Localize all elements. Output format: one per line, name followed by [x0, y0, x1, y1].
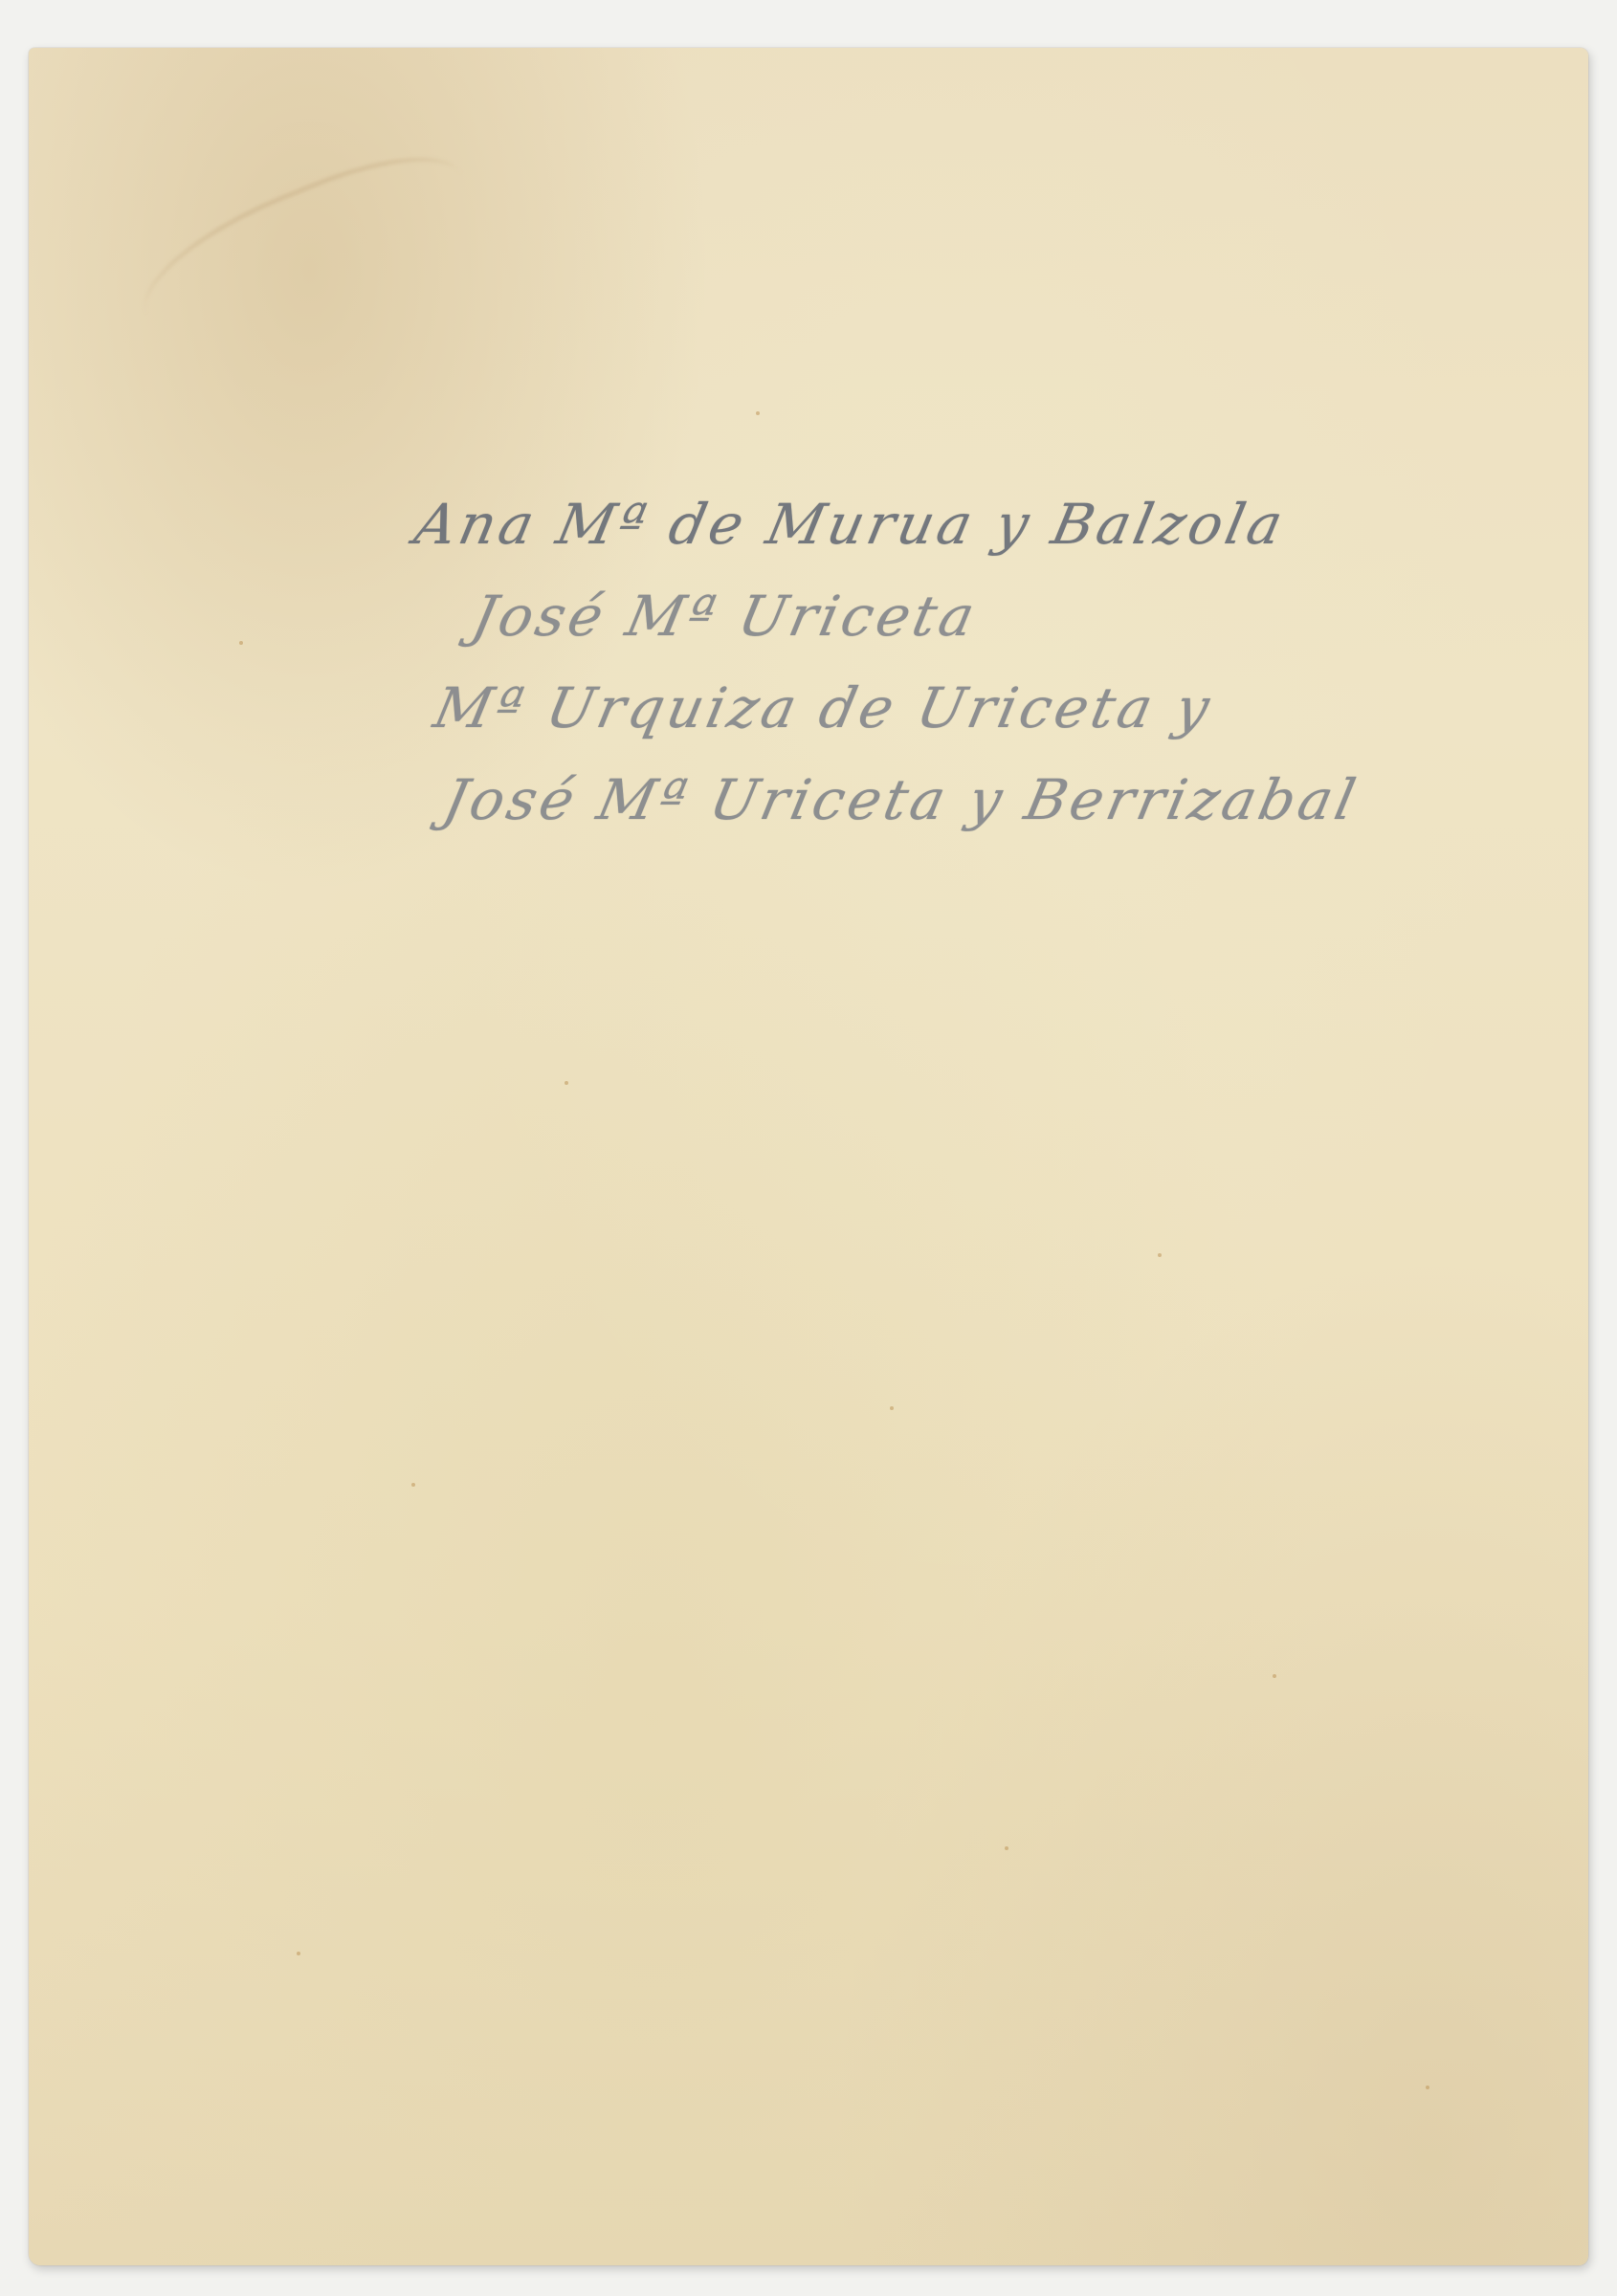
paper-speck: [1158, 1253, 1162, 1257]
paper-speck: [565, 1081, 568, 1085]
handwritten-line: José Mª Uriceta y Berrizabal: [435, 754, 1593, 846]
paper-speck: [1005, 1846, 1008, 1850]
handwritten-line: Mª Urquiza de Uriceta y: [426, 662, 1593, 754]
paper-speck: [239, 641, 243, 645]
paper-speck: [297, 1952, 300, 1955]
paper-speck: [411, 1483, 415, 1487]
handwritten-line: José Mª Uriceta: [464, 570, 1593, 662]
paper-speck: [756, 411, 760, 415]
handwritten-line: Ana Mª de Murua y Balzola: [407, 478, 1593, 570]
paper-sheet: [29, 48, 1588, 2265]
paper-speck: [1273, 1674, 1276, 1678]
paper-speck: [1426, 2086, 1429, 2089]
paper-speck: [890, 1406, 894, 1410]
handwritten-names: Ana Mª de Murua y Balzola José Mª Uricet…: [416, 478, 1584, 846]
water-stain: [124, 131, 488, 369]
